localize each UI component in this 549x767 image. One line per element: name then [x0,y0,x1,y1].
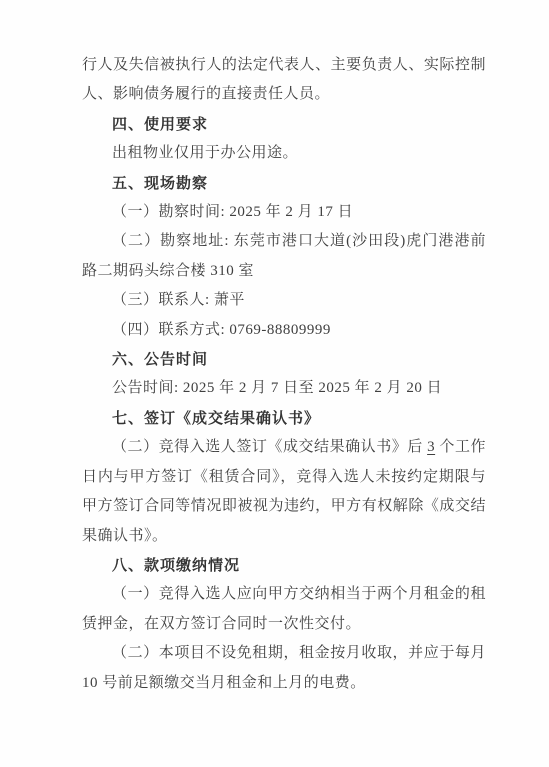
section8-heading: 八、款项缴纳情况 [82,551,486,580]
section6-heading: 六、公告时间 [82,345,486,374]
section6-body: 公告时间: 2025 年 2 月 7 日至 2025 年 2 月 20 日 [82,374,486,403]
section5-heading: 五、现场勘察 [82,169,486,198]
section5-contact-method: （四）联系方式: 0769-88809999 [82,316,486,345]
section4-heading: 四、使用要求 [82,110,486,139]
section8-item2: （二）本项目不设免租期，租金按月收取，并应于每月 10 号前足额缴交当月租金和上… [82,639,486,698]
section7-body-pre: （二）竞得入选人签订《成交结果确认书》后 [112,439,427,455]
section7-heading: 七、签订《成交结果确认书》 [82,404,486,433]
section4-body: 出租物业仅用于办公用途。 [82,139,486,168]
section8-item1: （一）竞得入选人应向甲方交纳相当于两个月租金的租赁押金，在双方签订合同时一次性交… [82,580,486,639]
document-page: 行人及失信被执行人的法定代表人、主要负责人、实际控制人、影响债务履行的直接责任人… [0,0,549,767]
document-text-block: 行人及失信被执行人的法定代表人、主要负责人、实际控制人、影响债务履行的直接责任人… [82,51,486,698]
section5-survey-time: （一）勘察时间: 2025 年 2 月 17 日 [82,198,486,227]
section7-body: （二）竞得入选人签订《成交结果确认书》后 3 个工作日内与甲方签订《租赁合同》，… [82,433,486,551]
section7-underlined-number: 3 [427,439,435,455]
paragraph-intro-continuation: 行人及失信被执行人的法定代表人、主要负责人、实际控制人、影响债务履行的直接责任人… [82,51,486,110]
section5-contact-person: （三）联系人: 萧平 [82,286,486,315]
section5-survey-address: （二）勘察地址: 东莞市港口大道(沙田段)虎门港港前路二期码头综合楼 310 室 [82,227,486,286]
